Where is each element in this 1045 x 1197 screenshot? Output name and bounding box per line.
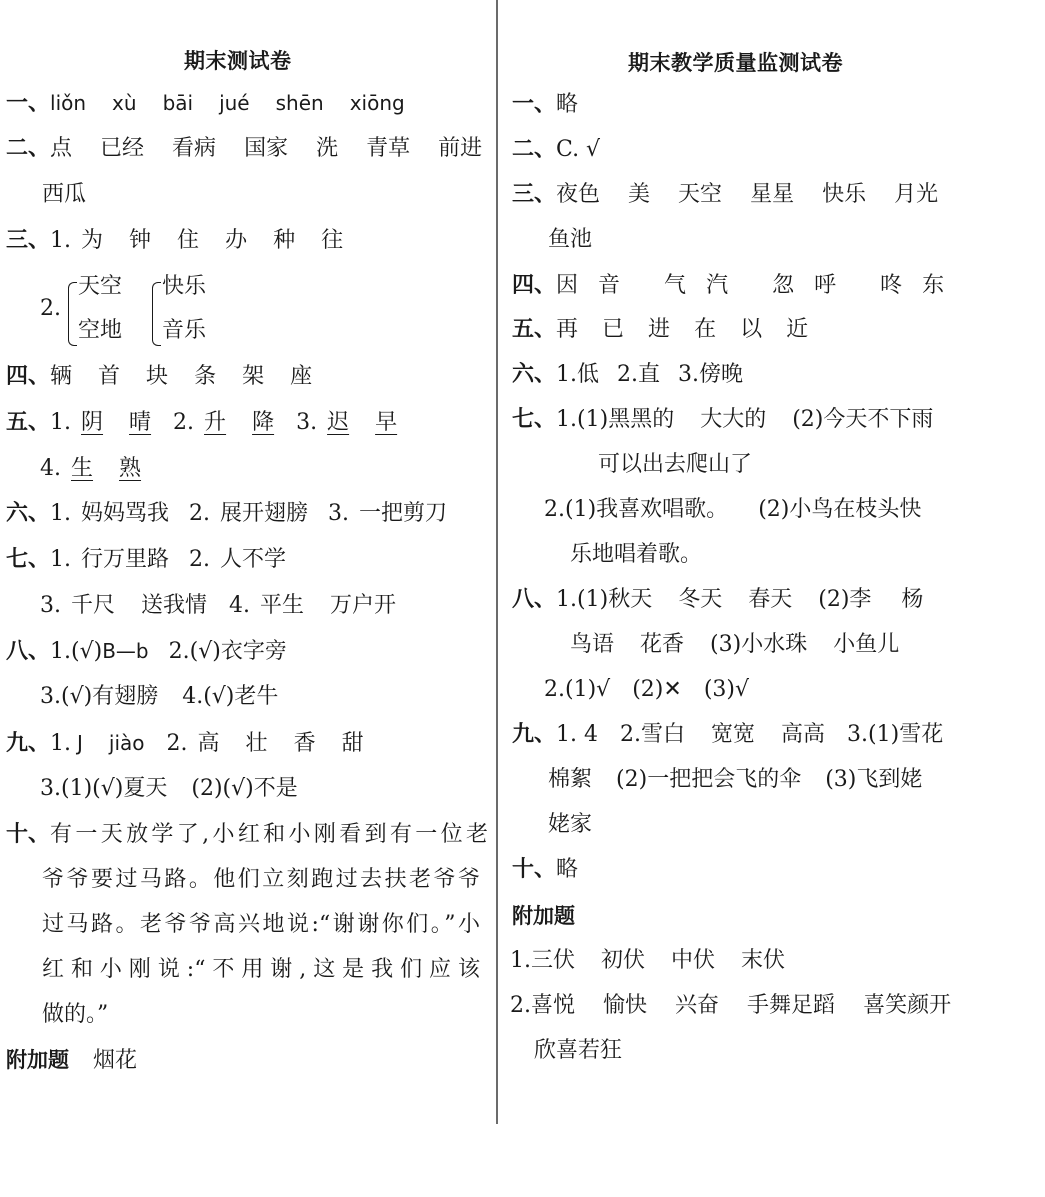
right-q8-line1: 八、1.(1)秋天冬天春天(2)李杨 — [512, 585, 923, 615]
right-q9-line1: 九、1. 42.雪白宽宽高高3.(1)雪花 — [512, 720, 943, 750]
right-q6: 六、1.低2.直3.傍晚 — [512, 360, 743, 390]
left-q10-line1: 十、有一天放学了,小红和小刚看到有一位老 — [6, 820, 488, 850]
right-q3-line2: 鱼池 — [548, 225, 592, 255]
right-q8-line2: 鸟语花香(3)小水珠小鱼儿 — [570, 630, 899, 660]
left-q8-line1: 八、1.(√)B—b2.(√)衣字旁 — [6, 636, 287, 667]
left-title: 期末测试卷 — [184, 45, 292, 75]
right-q1: 一、略 — [512, 90, 578, 120]
left-q6: 六、1.妈妈骂我2.展开翅膀3.一把剪刀 — [6, 499, 447, 529]
right-bonus-label: 附加题 — [512, 901, 575, 932]
left-q8-line2: 3.(√)有翅膀4.(√)老牛 — [40, 682, 278, 712]
left-q1: 一、liǒnxùbāijuéshēnxiōng — [6, 88, 405, 119]
right-bonus-p2: 2.喜悦愉快兴奋手舞足蹈喜笑颜开 — [510, 991, 951, 1021]
left-q4: 四、辆首块条架座 — [6, 362, 312, 392]
left-q5-line2: 4.生熟 — [40, 454, 141, 484]
left-q10-line4: 红和小刚说:“不用谢,这是我们应该 — [42, 955, 480, 985]
left-q10-line3: 过马路。老爷爷高兴地说:“谢谢你们。”小 — [42, 910, 480, 940]
right-q7-line4: 乐地唱着歌。 — [570, 540, 702, 570]
right-q10: 十、略 — [512, 855, 578, 885]
column-divider — [496, 0, 498, 1124]
left-bonus: 附加题烟花 — [6, 1045, 137, 1076]
right-title: 期末教学质量监测试卷 — [628, 47, 843, 77]
right-q5: 五、再已进在以近 — [512, 315, 808, 345]
left-q9-line1: 九、1.Jjiào2.高壮香甜 — [6, 728, 364, 759]
left-q3-sub1: 三、1.为钟住办种往 — [6, 226, 343, 256]
cross-icon: ✕ — [663, 677, 681, 702]
left-q7-line1: 七、1.行万里路2.人不学 — [6, 545, 286, 575]
check-icon: √ — [596, 677, 610, 702]
brace-icon — [152, 282, 161, 346]
left-q2-line1: 二、点已经看病国家洗青草前进 — [6, 134, 482, 164]
left-q5-line1: 五、1.阴晴2.升降3.迟早 — [6, 408, 397, 438]
check-icon: √ — [735, 677, 749, 702]
brace-icon — [68, 282, 77, 346]
right-q9-line3: 姥家 — [548, 810, 592, 840]
left-q9-line2: 3.(1)(√)夏天(2)(√)不是 — [40, 774, 298, 804]
right-q3-line1: 三、夜色美天空星星快乐月光 — [512, 180, 938, 210]
left-q10-line5: 做的。” — [42, 1000, 108, 1030]
right-bonus-p1: 1.三伏初伏中伏末伏 — [510, 946, 785, 976]
left-q7-line2: 3.千尺送我情4.平生万户开 — [40, 591, 396, 621]
right-q8-line3: 2.(1)√(2)✕(3)√ — [544, 675, 749, 705]
right-q7-line1: 七、1.(1)黑黑的大大的(2)今天不下雨 — [512, 405, 933, 435]
right-q2: 二、C. √ — [512, 135, 600, 165]
right-q4: 四、因音气汽忽呼咚东 — [512, 271, 944, 301]
right-q9-line2: 棉絮(2)一把把会飞的伞(3)飞到姥 — [548, 765, 922, 795]
right-bonus-p2-line2: 欣喜若狂 — [534, 1036, 622, 1066]
left-q2-line2: 西瓜 — [42, 180, 86, 210]
right-q7-line2: 可以出去爬山了 — [598, 450, 752, 480]
left-q10-line2: 爷爷要过马路。他们立刻跑过去扶老爷爷 — [42, 865, 480, 895]
right-q7-line3: 2.(1)我喜欢唱歌。(2)小鸟在枝头快 — [544, 495, 921, 525]
